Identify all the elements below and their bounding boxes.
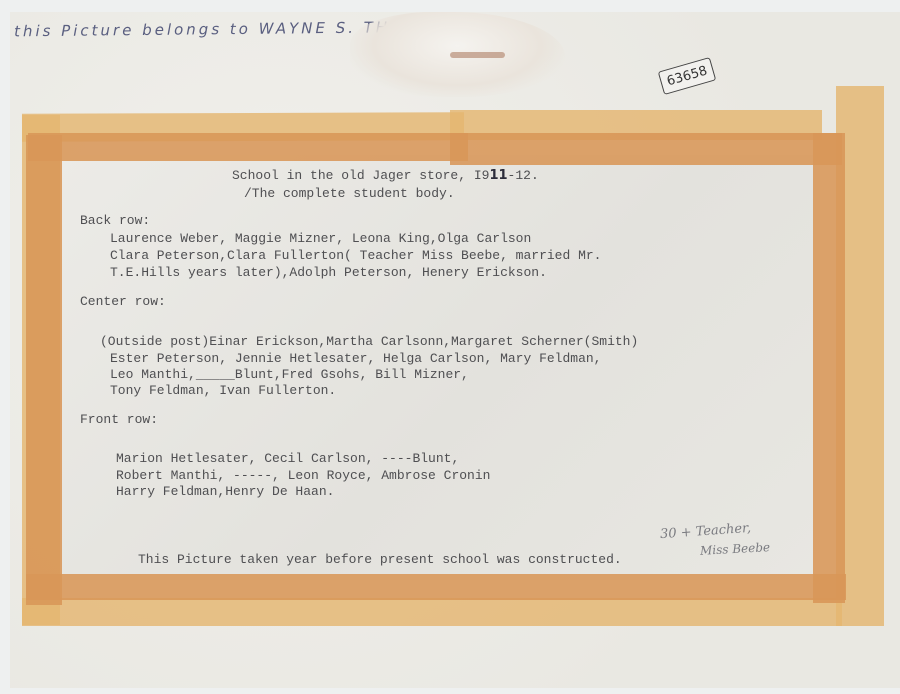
center-row-line: Tony Feldman, Ivan Fullerton. [110, 383, 336, 399]
center-row-line: Ester Peterson, Jennie Hetlesater, Helga… [110, 351, 601, 367]
front-row-line: Robert Manthi, -----, Leon Royce, Ambros… [116, 468, 490, 484]
center-row-label: Center row: [80, 294, 166, 310]
back-row-line: Clara Peterson,Clara Fullerton( Teacher … [110, 248, 601, 264]
front-row-label: Front row: [80, 412, 158, 428]
tape-top-inner-left [28, 133, 468, 161]
tape-left-inner [26, 135, 62, 605]
back-row-line: Laurence Weber, Maggie Mizner, Leona Kin… [110, 231, 531, 247]
document-footer: This Picture taken year before present s… [138, 552, 622, 568]
center-row-line: Leo Manthi,_____Blunt,Fred Gsohs, Bill M… [110, 367, 469, 383]
front-row-line: Harry Feldman,Henry De Haan. [116, 484, 334, 500]
tape-right-inner [813, 133, 845, 603]
back-row-line: T.E.Hills years later),Adolph Peterson, … [110, 265, 547, 281]
center-row-line: (Outside post)Einar Erickson,Martha Carl… [100, 334, 638, 350]
tape-bottom-inner [26, 574, 846, 600]
tape-top-inner-right [450, 133, 842, 165]
document-title: School in the old Jager store, I911-12. [232, 168, 539, 184]
handwritten-year-correction: 11 [489, 168, 507, 183]
tape-bottom-outer [22, 598, 842, 626]
front-row-line: Marion Hetlesater, Cecil Carlson, ----Bl… [116, 451, 459, 467]
document-subtitle: /The complete student body. [244, 186, 455, 202]
glue-stain [350, 12, 565, 97]
back-row-label: Back row: [80, 213, 150, 229]
